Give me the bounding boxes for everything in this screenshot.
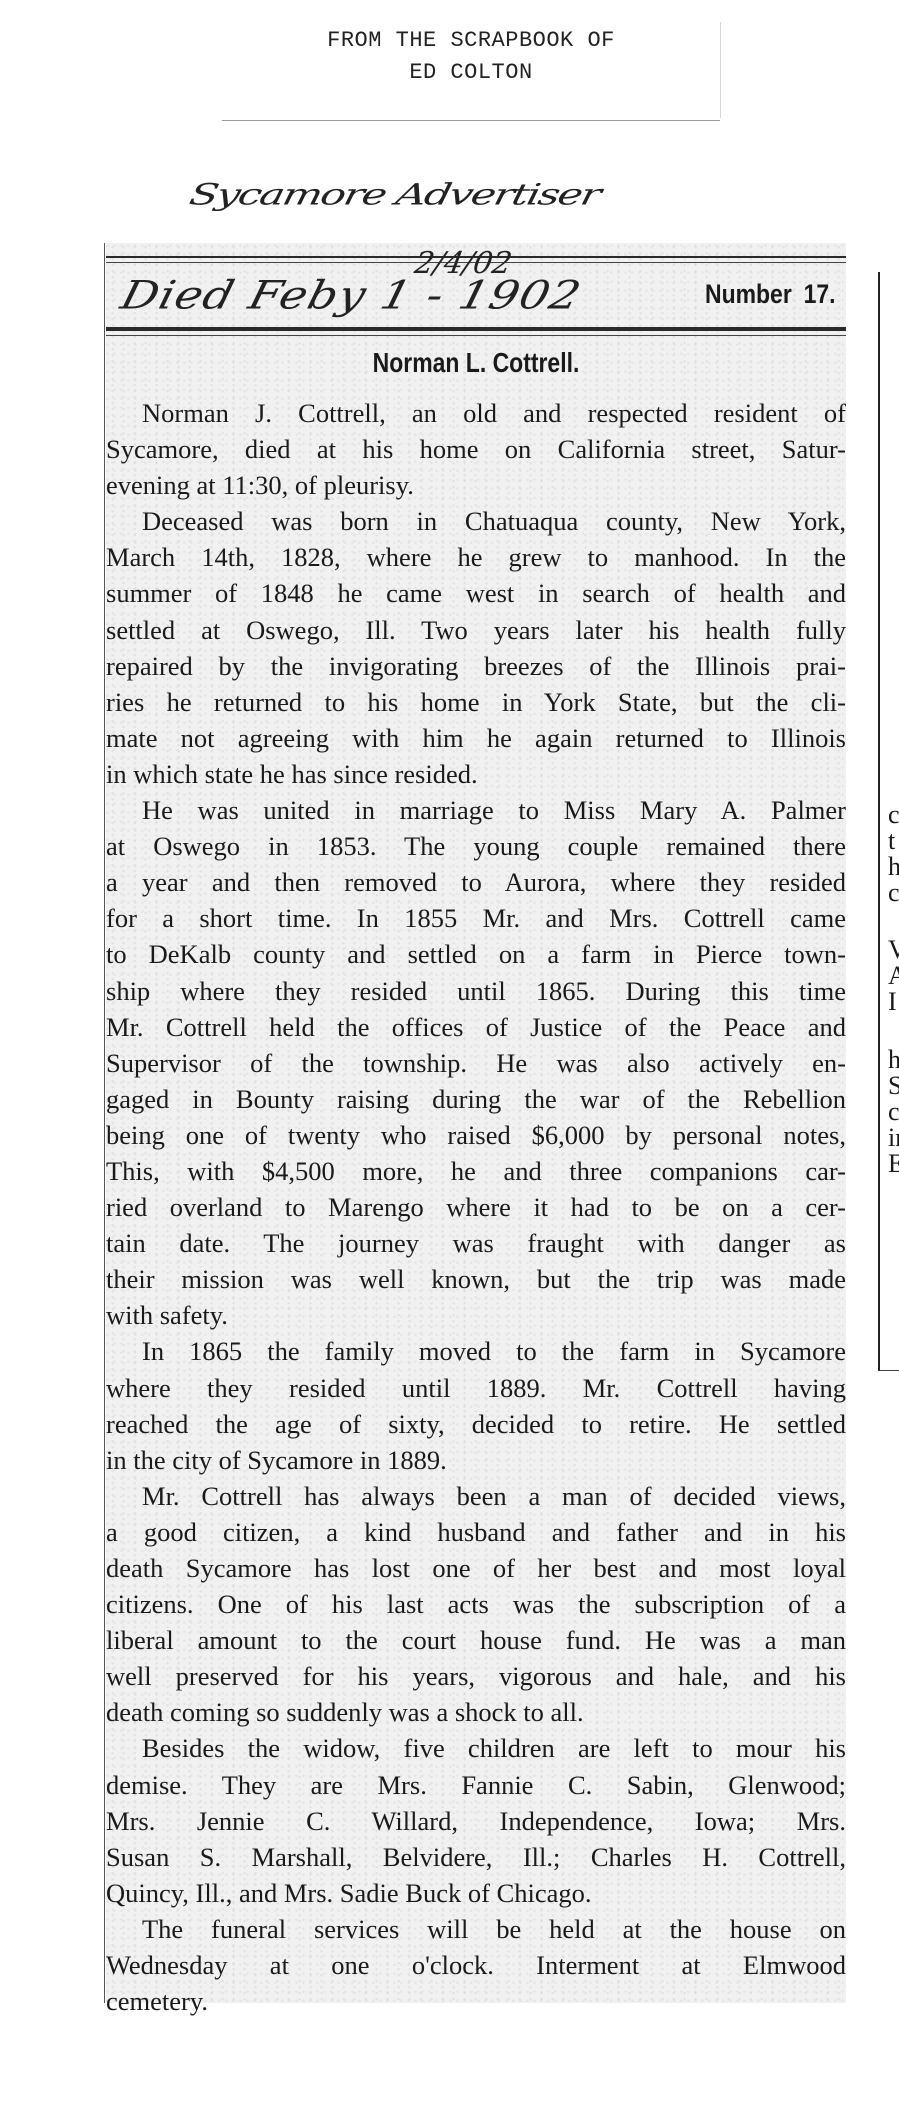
text-line: mate not agreeing with him he again retu…: [106, 720, 846, 756]
text-line: their mission was well known, but the tr…: [106, 1261, 846, 1297]
text-line: demise. They are Mrs. Fannie C. Sabin, G…: [106, 1767, 846, 1803]
clipping-edge: [104, 243, 105, 2003]
obituary-headline: Norman L. Cottrell.: [106, 347, 846, 379]
text-line: death coming so suddenly was a shock to …: [106, 1694, 846, 1730]
handwritten-death-date: Died Feby 1 - 1902: [116, 272, 586, 318]
text-line: Norman J. Cottrell, an old and respected…: [106, 395, 846, 431]
text-line: well preserved for his years, vigorous a…: [106, 1658, 846, 1694]
obituary-paragraph: Norman J. Cottrell, an old and respected…: [106, 395, 846, 503]
text-line: for a short time. In 1855 Mr. and Mrs. C…: [106, 900, 846, 936]
text-line: a year and then removed to Aurora, where…: [106, 864, 846, 900]
text-line: death Sycamore has lost one of her best …: [106, 1550, 846, 1586]
adjacent-text-fragment: t: [888, 828, 895, 854]
adjacent-text-fragment: c: [888, 880, 899, 906]
adjacent-text-fragment: I: [888, 989, 897, 1015]
issue-number: Number17.: [705, 279, 836, 310]
text-line: where they resided until 1889. Mr. Cottr…: [106, 1370, 846, 1406]
text-line: liberal amount to the court house fund. …: [106, 1622, 846, 1658]
header-rule-bottom-thin: [106, 335, 846, 336]
scrapbook-label-line-1: FROM THE SCRAPBOOK OF: [222, 28, 720, 53]
text-line: with safety.: [106, 1297, 846, 1333]
adjacent-text-fragment: in: [888, 1125, 899, 1151]
obituary-paragraph: In 1865 the family moved to the farm in …: [106, 1333, 846, 1477]
text-line: This, with $4,500 more, he and three com…: [106, 1153, 846, 1189]
text-line: at Oswego in 1853. The young couple rema…: [106, 828, 846, 864]
text-line: in the city of Sycamore in 1889.: [106, 1442, 846, 1478]
adjacent-text-fragment: h: [888, 1047, 899, 1073]
text-line: Quincy, Ill., and Mrs. Sadie Buck of Chi…: [106, 1875, 846, 1911]
text-line: evening at 11:30, of pleurisy.: [106, 467, 846, 503]
obituary-paragraph: Mr. Cottrell has always been a man of de…: [106, 1478, 846, 1731]
text-line: in which state he has since resided.: [106, 756, 846, 792]
text-line: In 1865 the family moved to the farm in …: [106, 1333, 846, 1369]
adjacent-text-fragment: c: [888, 1099, 899, 1125]
text-line: Susan S. Marshall, Belvidere, Ill.; Char…: [106, 1839, 846, 1875]
newspaper-clipping: Number17. Norman L. Cottrell. Norman J. …: [106, 243, 846, 2003]
text-line: Mr. Cottrell held the offices of Justice…: [106, 1009, 846, 1045]
adjacent-text-fragment: A: [888, 963, 899, 989]
headline-text: Norman L. Cottrell.: [373, 347, 580, 379]
text-line: Sycamore, died at his home on California…: [106, 431, 846, 467]
adjacent-text-fragment: S: [888, 1073, 899, 1099]
obituary-paragraph: He was united in marriage to Miss Mary A…: [106, 792, 846, 1333]
text-line: Deceased was born in Chatuaqua county, N…: [106, 503, 846, 539]
text-line: repaired by the invigorating breezes of …: [106, 648, 846, 684]
text-line: He was united in marriage to Miss Mary A…: [106, 792, 846, 828]
obituary-paragraph: Deceased was born in Chatuaqua county, N…: [106, 503, 846, 792]
text-line: to DeKalb county and settled on a farm i…: [106, 936, 846, 972]
text-line: Mr. Cottrell has always been a man of de…: [106, 1478, 846, 1514]
scrapbook-label-line-2: ED COLTON: [222, 60, 720, 85]
adjacent-text-fragment: h: [888, 854, 899, 880]
text-line: summer of 1848 he came west in search of…: [106, 575, 846, 611]
text-line: a good citizen, a kind husband and fathe…: [106, 1514, 846, 1550]
text-line: settled at Oswego, Ill. Two years later …: [106, 612, 846, 648]
adjacent-text-fragment: V: [888, 937, 899, 963]
text-line: ries he returned to his home in York Sta…: [106, 684, 846, 720]
text-line: The funeral services will be held at the…: [106, 1911, 846, 1947]
obituary-body: Norman J. Cottrell, an old and respected…: [106, 395, 846, 2019]
text-line: Besides the widow, five children are lef…: [106, 1730, 846, 1766]
text-line: Mrs. Jennie C. Willard, Independence, Io…: [106, 1803, 846, 1839]
issue-number-label: Number: [705, 279, 792, 309]
text-line: cemetery.: [106, 1983, 846, 2019]
text-line: gaged in Bounty raising during the war o…: [106, 1081, 846, 1117]
text-line: March 14th, 1828, where he grew to manho…: [106, 539, 846, 575]
text-line: ship where they resided until 1865. Duri…: [106, 973, 846, 1009]
issue-number-value: 17.: [804, 279, 836, 309]
text-line: reached the age of sixty, decided to ret…: [106, 1406, 846, 1442]
adjacent-text-fragment: E: [888, 1151, 899, 1177]
adjacent-clipping-fragment: cthcVAIhScinE: [878, 272, 899, 1371]
text-line: Wednesday at one o'clock. Interment at E…: [106, 1947, 846, 1983]
obituary-paragraph: The funeral services will be held at the…: [106, 1911, 846, 2019]
adjacent-text-fragment: c: [888, 802, 899, 828]
text-line: tain date. The journey was fraught with …: [106, 1225, 846, 1261]
text-line: being one of twenty who raised $6,000 by…: [106, 1117, 846, 1153]
text-line: citizens. One of his last acts was the s…: [106, 1586, 846, 1622]
obituary-paragraph: Besides the widow, five children are lef…: [106, 1730, 846, 1910]
scrapbook-label: FROM THE SCRAPBOOK OF ED COLTON: [222, 22, 721, 118]
label-divider: [222, 120, 720, 121]
header-rule-bottom: [106, 327, 846, 331]
text-line: ried overland to Marengo where it had to…: [106, 1189, 846, 1225]
handwritten-newspaper-name: Sycamore Advertiser: [186, 177, 602, 211]
text-line: Supervisor of the township. He was also …: [106, 1045, 846, 1081]
